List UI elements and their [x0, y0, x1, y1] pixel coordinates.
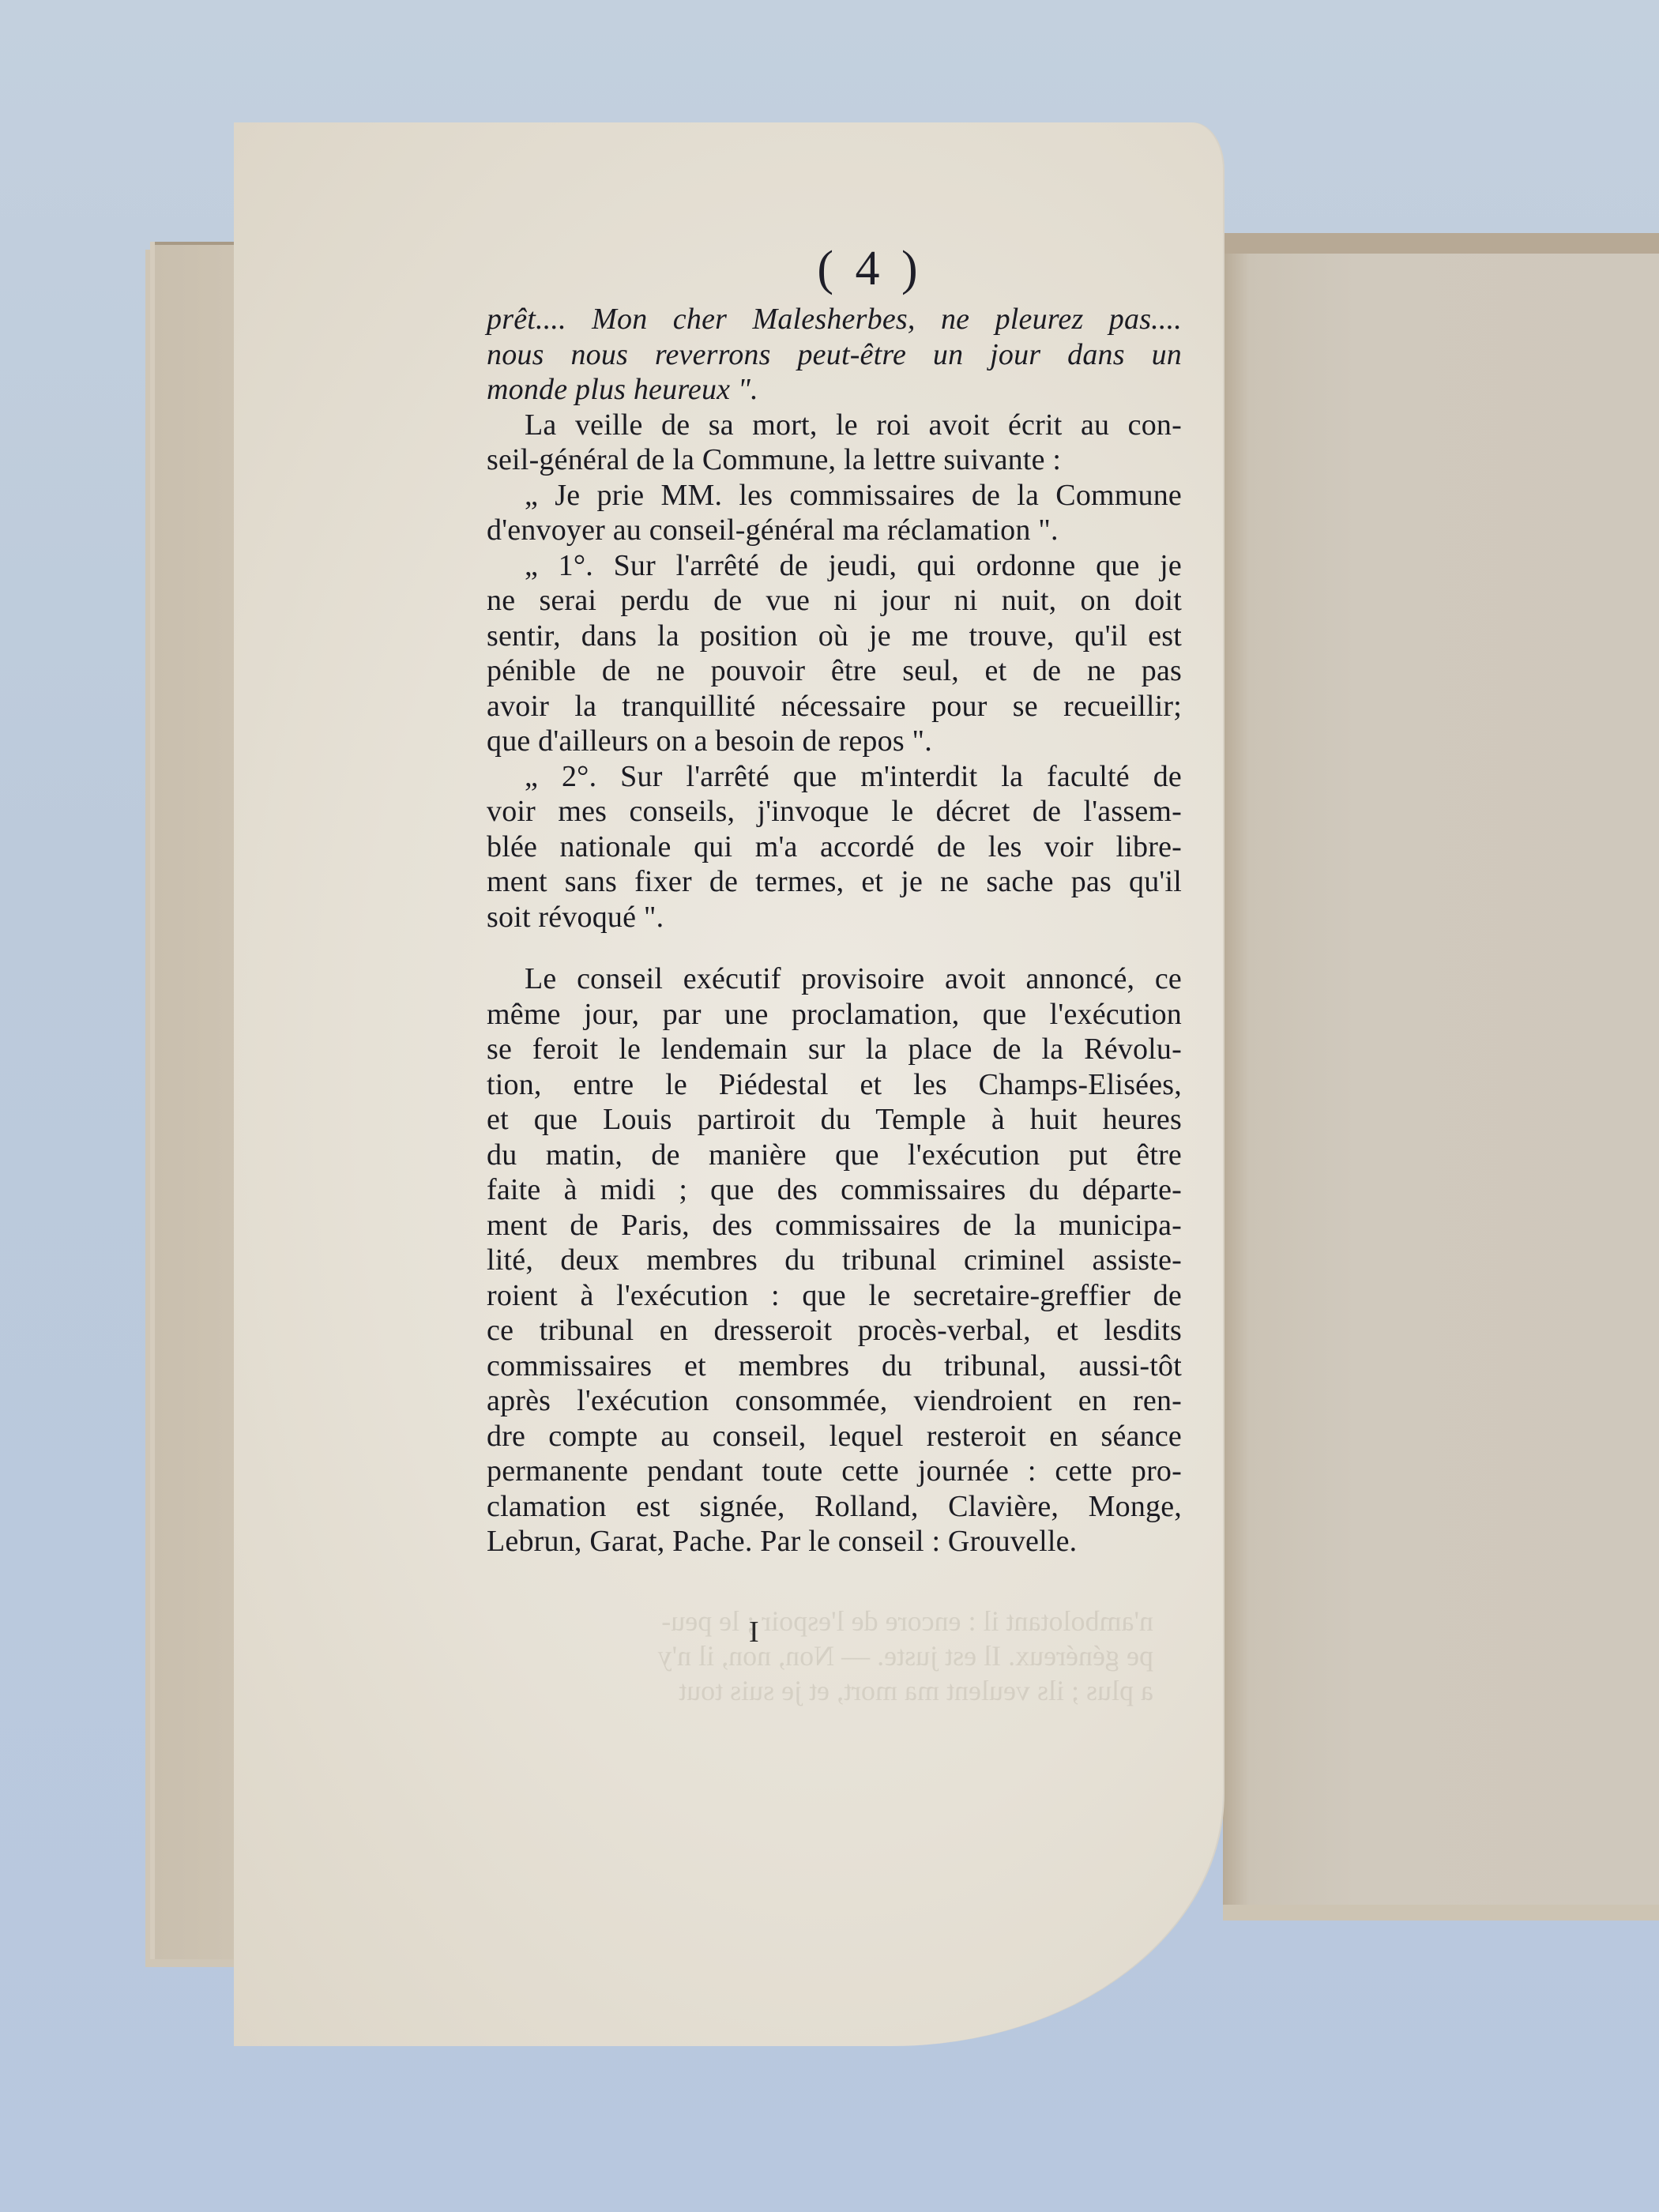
text-line: Le conseil exécutif provisoire avoit ann… [487, 961, 1182, 997]
paragraph-body: La veille de sa mort, le roi avoit écrit… [487, 408, 1182, 478]
text-line: Lebrun, Garat, Pache. Par le conseil : G… [487, 1524, 1182, 1559]
paragraph-gap [487, 935, 1182, 961]
text-line: „ 2°. Sur l'arrêté que m'interdit la fac… [487, 759, 1182, 795]
paragraph-letter: „ Je prie MM. les commissaires de la Com… [487, 478, 1182, 935]
show-through-text: n'ambolotant il : encore de l'espoir ; l… [442, 1604, 1153, 1708]
right-cover-board [1223, 233, 1659, 1920]
text-line: du matin, de manière que l'exécution put… [487, 1138, 1182, 1173]
page-number: ( 4 ) [487, 241, 1182, 297]
text-line: avoir la tranquillité nécessaire pour se… [487, 689, 1182, 724]
text-line: soit révoqué ". [487, 900, 1182, 935]
show-through-line: pe généreux. Il est juste. — Non, non, i… [442, 1638, 1153, 1673]
text-line: tion, entre le Piédestal et les Champs-E… [487, 1067, 1182, 1103]
text-line: prêt.... Mon cher Malesherbes, ne pleure… [487, 302, 1182, 337]
text-line: monde plus heureux ". [487, 372, 1182, 408]
text-line: même jour, par une proclamation, que l'e… [487, 997, 1182, 1033]
text-line: commissaires et membres du tribunal, aus… [487, 1349, 1182, 1384]
text-line: après l'exécution consommée, viendroient… [487, 1383, 1182, 1419]
paragraph-quote-continuation: prêt.... Mon cher Malesherbes, ne pleure… [487, 302, 1182, 408]
text-line: ne serai perdu de vue ni jour ni nuit, o… [487, 583, 1182, 619]
text-line: faite à midi ; que des commissaires du d… [487, 1172, 1182, 1208]
text-line: se feroit le lendemain sur la place de l… [487, 1032, 1182, 1067]
text-line: „ Je prie MM. les commissaires de la Com… [487, 478, 1182, 513]
page-text-block: ( 4 ) prêt.... Mon cher Malesherbes, ne … [487, 241, 1182, 1559]
text-line: clamation est signée, Rolland, Clavière,… [487, 1489, 1182, 1525]
text-line: lité, deux membres du tribunal criminel … [487, 1243, 1182, 1278]
text-line: d'envoyer au conseil-général ma réclamat… [487, 513, 1182, 548]
text-line: „ 1°. Sur l'arrêté de jeudi, qui ordonne… [487, 548, 1182, 584]
show-through-line: n'ambolotant il : encore de l'espoir ; l… [442, 1604, 1153, 1638]
text-line: La veille de sa mort, le roi avoit écrit… [487, 408, 1182, 443]
text-line: blée nationale qui m'a accordé de les vo… [487, 829, 1182, 865]
text-line: voir mes conseils, j'invoque le décret d… [487, 794, 1182, 829]
show-through-line: a plus ; ils veulent ma mort, et je suis… [442, 1673, 1153, 1708]
text-line: pénible de ne pouvoir être seul, et de n… [487, 653, 1182, 689]
text-line: nous nous reverrons peut-être un jour da… [487, 337, 1182, 373]
text-line: ce tribunal en dresseroit procès-verbal,… [487, 1313, 1182, 1349]
text-line: ment sans fixer de termes, et je ne sach… [487, 864, 1182, 900]
paragraph-proclamation: Le conseil exécutif provisoire avoit ann… [487, 961, 1182, 1559]
book-page: ( 4 ) prêt.... Mon cher Malesherbes, ne … [234, 122, 1223, 2046]
text-line: roient à l'exécution : que le secretaire… [487, 1278, 1182, 1314]
text-line: dre compte au conseil, lequel resteroit … [487, 1419, 1182, 1454]
text-line: permanente pendant toute cette journée :… [487, 1454, 1182, 1489]
text-line: sentir, dans la position où je me trouve… [487, 619, 1182, 654]
text-line: que d'ailleurs on a besoin de repos ". [487, 724, 1182, 759]
text-line: ment de Paris, des commissaires de la mu… [487, 1208, 1182, 1243]
text-line: et que Louis partiroit du Temple à huit … [487, 1102, 1182, 1138]
text-line: seil-général de la Commune, la lettre su… [487, 442, 1182, 478]
